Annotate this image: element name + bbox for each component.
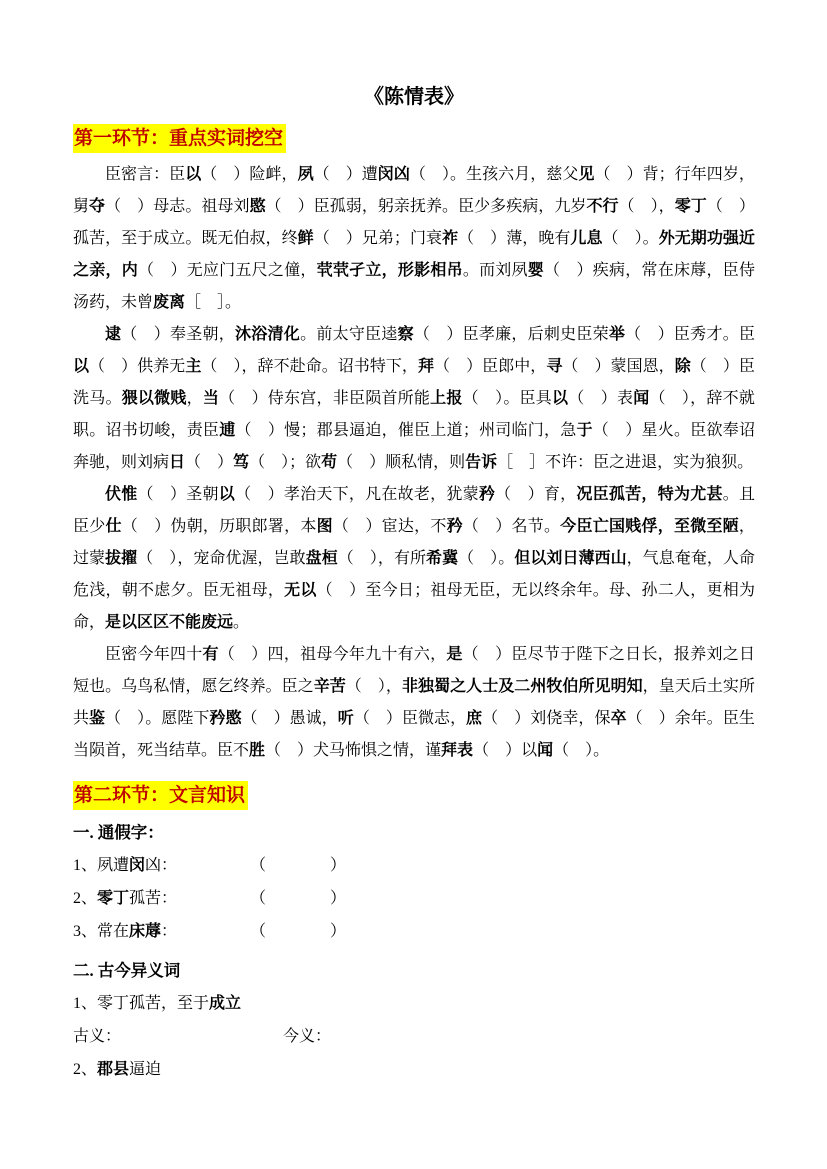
document-page: 《陈情表》 第一环节：重点实词挖空 臣密言：臣以（ ）险衅，夙（ ）遭闵凶（ ）… — [0, 0, 827, 1169]
tongjiazi-item-2-label: 2、零丁孤苦： — [73, 882, 250, 915]
section2-heading-row: 第二环节：文言知识 — [73, 781, 755, 810]
subsection-gujin-title: 二. 古今异义词 — [73, 954, 755, 987]
gujin-old-meaning-label: 古义： — [73, 1020, 283, 1053]
tongjiazi-item-3-blank: （ ） — [250, 923, 346, 940]
tongjiazi-item-3-label: 3、常在床蓐： — [73, 915, 250, 948]
section1-paragraph-3: 伏惟（ ）圣朝以（ ）孝治天下，凡在故老，犹蒙矜（ ）育，况臣孤苦，特为尤甚。且… — [73, 479, 755, 639]
subsection-tongjiazi-title: 一. 通假字： — [73, 816, 755, 849]
gujin-item-1: 1、零丁孤苦，至于成立 — [73, 987, 755, 1020]
document-title: 《陈情表》 — [73, 84, 755, 110]
section1-heading-row: 第一环节：重点实词挖空 — [73, 124, 755, 153]
section1-paragraph-2: 逮（ ）奉圣朝，沐浴清化。前太守臣逵察（ ）臣孝廉，后刺史臣荣举（ ）臣秀才。臣… — [73, 319, 755, 479]
section1-heading: 第一环节：重点实词挖空 — [73, 124, 286, 153]
gujin-new-meaning-label: 今义： — [283, 1028, 331, 1045]
tongjiazi-item-2-blank: （ ） — [250, 890, 346, 907]
section1-paragraph-4: 臣密今年四十有（ ）四，祖母今年九十有六，是（ ）臣尽节于陛下之日长，报养刘之日… — [73, 639, 755, 767]
tongjiazi-item-2: 2、零丁孤苦：（ ） — [73, 882, 755, 915]
gujin-item-2: 2、郡县逼迫 — [73, 1053, 755, 1086]
tongjiazi-item-3: 3、常在床蓐：（ ） — [73, 915, 755, 948]
tongjiazi-item-1-label: 1、夙遭闵凶： — [73, 849, 250, 882]
gujin-item-1-answers: 古义：今义： — [73, 1020, 755, 1053]
tongjiazi-item-1: 1、夙遭闵凶：（ ） — [73, 849, 755, 882]
tongjiazi-item-1-blank: （ ） — [250, 857, 346, 874]
section1-paragraph-1: 臣密言：臣以（ ）险衅，夙（ ）遭闵凶（ ）。生孩六月，慈父见（ ）背；行年四岁… — [73, 159, 755, 319]
section2-heading: 第二环节：文言知识 — [73, 781, 248, 810]
